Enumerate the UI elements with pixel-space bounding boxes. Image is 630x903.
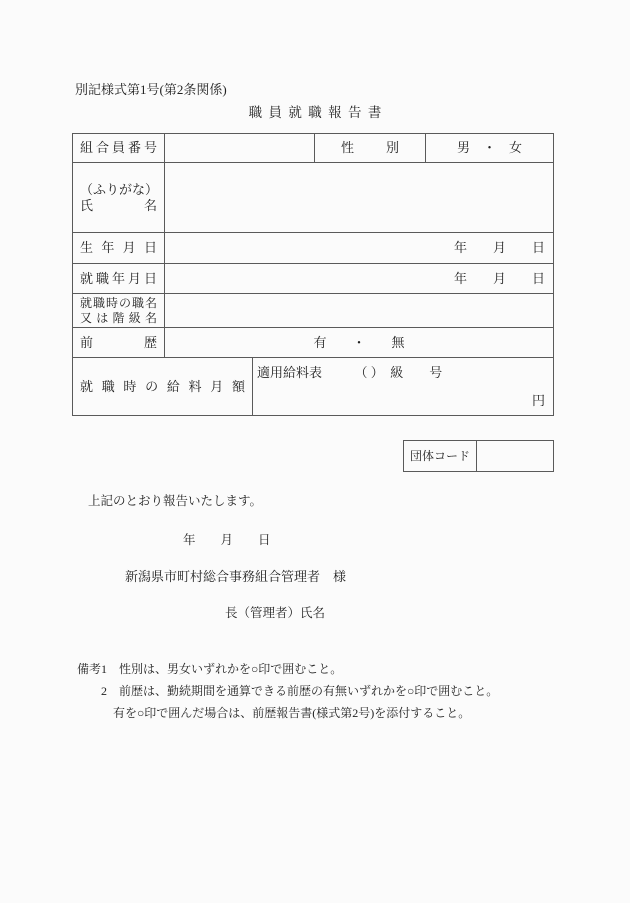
salary-label: 就職時の給料月額 bbox=[80, 379, 245, 395]
remarks-note-2: 2 前歴は、勤続期間を通算できる前歴の有無いずれかを○印で囲むこと。 bbox=[101, 680, 498, 702]
position-title-label-cell: 就職時の職名 又は階級名 bbox=[73, 294, 165, 328]
salary-unit-yen: 円 bbox=[532, 393, 545, 409]
gender-label-cell: 性別 bbox=[315, 134, 426, 163]
salary-label-cell: 就職時の給料月額 bbox=[73, 358, 253, 415]
remarks-note-1: 備考1 性別は、男女いずれかを○印で囲むこと。 bbox=[77, 658, 498, 680]
document-page: 別記様式第1号(第2条関係) 職 員 就 職 報 告 書 組合員番号 性別 男 … bbox=[0, 0, 630, 903]
document-title: 職 員 就 職 報 告 書 bbox=[0, 101, 630, 121]
position-title-label-line1: 就職時の職名 bbox=[80, 296, 157, 311]
table-upper-grid: 組合員番号 性別 男 ・ 女 （ふりがな） 氏名 生年月日 年 月 日 就職年月… bbox=[73, 134, 553, 358]
furigana-label: （ふりがな） bbox=[80, 182, 157, 198]
member-number-label-cell: 組合員番号 bbox=[73, 134, 165, 163]
birth-date-label: 生年月日 bbox=[80, 240, 157, 256]
employment-date-value: 年 月 日 bbox=[165, 264, 553, 294]
position-title-label-line2: 又は階級名 bbox=[80, 311, 157, 326]
gender-value: 男 ・ 女 bbox=[426, 134, 553, 163]
position-title-value-cell bbox=[165, 294, 553, 328]
group-code-grid: 団体コード bbox=[404, 441, 553, 471]
member-number-label: 組合員番号 bbox=[80, 140, 157, 156]
remarks-block: 備考1 性別は、男女いずれかを○印で囲むこと。 2 前歴は、勤続期間を通算できる… bbox=[77, 658, 498, 724]
name-label: 氏名 bbox=[80, 198, 157, 214]
birth-date-value: 年 月 日 bbox=[165, 233, 553, 264]
recipient-line: 新潟県市町村総合事務組合管理者 様 bbox=[125, 566, 346, 585]
member-number-value-cell bbox=[165, 134, 315, 163]
employment-date-label-cell: 就職年月日 bbox=[73, 264, 165, 294]
report-statement: 上記のとおり報告いたします。 bbox=[88, 491, 262, 509]
gender-label: 性別 bbox=[341, 140, 399, 156]
employment-report-table: 組合員番号 性別 男 ・ 女 （ふりがな） 氏名 生年月日 年 月 日 就職年月… bbox=[72, 133, 554, 416]
name-value-cell bbox=[165, 163, 553, 233]
previous-career-label: 前歴 bbox=[80, 335, 157, 351]
birth-date-label-cell: 生年月日 bbox=[73, 233, 165, 264]
remarks-note-3: 有を○印で囲んだ場合は、前歴報告書(様式第2号)を添付すること。 bbox=[113, 702, 498, 724]
employment-date-label: 就職年月日 bbox=[80, 271, 157, 287]
name-label-cell: （ふりがな） 氏名 bbox=[73, 163, 165, 233]
group-code-label: 団体コード bbox=[404, 441, 477, 471]
previous-career-label-cell: 前歴 bbox=[73, 328, 165, 358]
table-lower-grid: 就職時の給料月額 適用給料表 （ ） 級 号 円 bbox=[73, 358, 553, 415]
group-code-box: 団体コード bbox=[403, 440, 554, 472]
previous-career-value: 有 ・ 無 bbox=[165, 328, 553, 358]
group-code-value-cell bbox=[477, 441, 553, 471]
report-date-line: 年 月 日 bbox=[183, 530, 271, 548]
salary-value-cell: 適用給料表 （ ） 級 号 円 bbox=[253, 358, 553, 415]
salary-table-line: 適用給料表 （ ） 級 号 bbox=[257, 365, 545, 381]
form-id-note: 別記様式第1号(第2条関係) bbox=[75, 79, 227, 98]
signer-line: 長（管理者）氏名 bbox=[225, 603, 325, 621]
